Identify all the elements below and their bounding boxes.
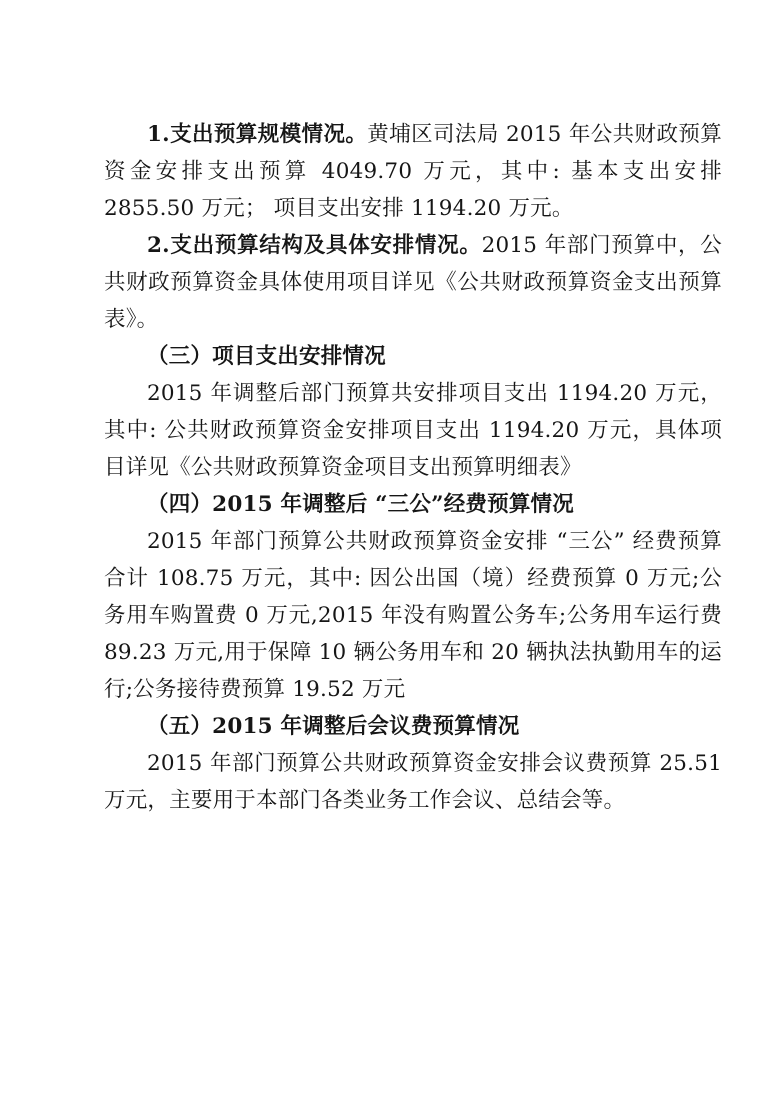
paragraph-expenditure-structure-lead: 2.支出预算结构及具体安排情况。 [147, 233, 482, 258]
paragraph-project-expenditure: 2015 年调整后部门预算共安排项目支出 1194.20 万元，其中: 公共财政… [104, 375, 722, 486]
section-heading-meeting-fees: （五）2015 年调整后会议费预算情况 [104, 708, 722, 745]
paragraph-expenditure-structure: 2.支出预算结构及具体安排情况。2015 年部门预算中，公共财政预算资金具体使用… [104, 227, 722, 338]
paragraph-expenditure-scale-lead: 1.支出预算规模情况。 [147, 122, 367, 147]
paragraph-expenditure-scale: 1.支出预算规模情况。黄埔区司法局 2015 年公共财政预算资金安排支出预算 4… [104, 116, 722, 227]
document-page: 1.支出预算规模情况。黄埔区司法局 2015 年公共财政预算资金安排支出预算 4… [0, 0, 778, 1100]
section-heading-project-expenditure: （三）项目支出安排情况 [104, 338, 722, 375]
paragraph-meeting-fees: 2015 年部门预算公共财政预算资金安排会议费预算 25.51 万元，主要用于本… [104, 745, 722, 819]
section-heading-three-public-funds: （四）2015 年调整后 “三公”经费预算情况 [104, 486, 722, 523]
paragraph-three-public-funds: 2015 年部门预算公共财政预算资金安排 “三公” 经费预算合计 108.75 … [104, 523, 722, 708]
